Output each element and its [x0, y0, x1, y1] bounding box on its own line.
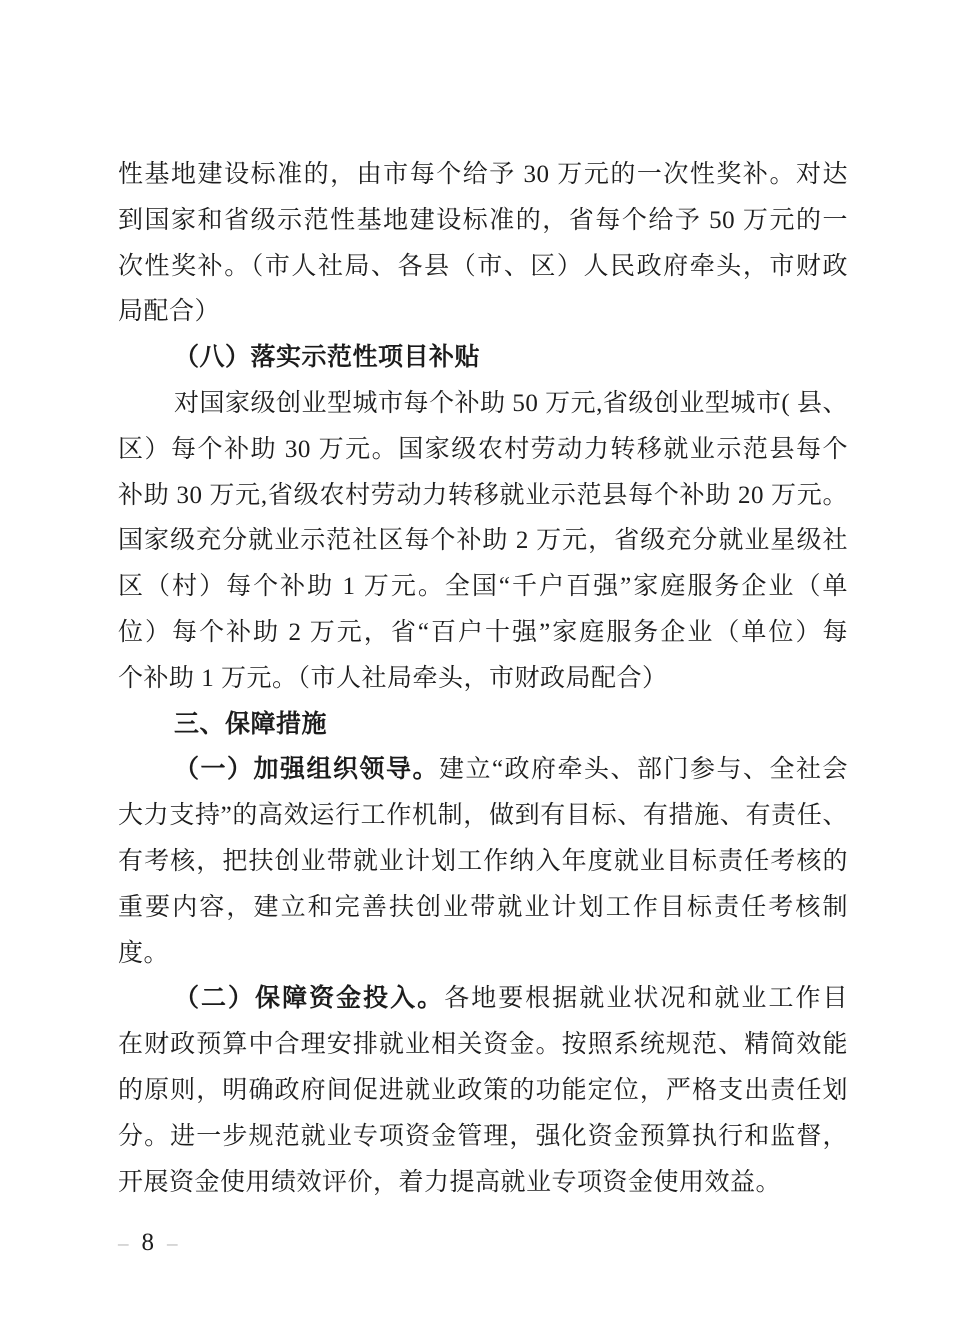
- text-line: 的原则，明确政府间促进就业政策的功能定位，严格支出责任划: [118, 1068, 848, 1114]
- body-text-segment: 到国家和省级示范性基地建设标准的，省每个给予 50 万元的一: [118, 207, 848, 234]
- page-number-value: 8: [142, 1228, 155, 1258]
- text-line: 大力支持”的高效运行工作机制，做到有目标、有措施、有责任、: [118, 793, 848, 839]
- bold-text-segment: （一）加强组织领导。: [174, 756, 439, 783]
- body-text-segment: 补助 30 万元,省级农村劳动力转移就业示范县每个补助 20 万元。: [118, 482, 848, 509]
- text-line: 区）每个补助 30 万元。国家级农村劳动力转移就业示范县每个: [118, 427, 848, 473]
- text-line: 度。: [118, 931, 848, 977]
- text-line: 位）每个补助 2 万元，省“百户十强”家庭服务企业（单位）每: [118, 610, 848, 656]
- text-line: 到国家和省级示范性基地建设标准的，省每个给予 50 万元的一: [118, 198, 848, 244]
- text-line: 开展资金使用绩效评价，着力提高就业专项资金使用效益。: [118, 1160, 848, 1206]
- body-text-segment: 个补助 1 万元。（市人社局牵头，市财政局配合）: [118, 665, 668, 692]
- body-text-segment: 区）每个补助 30 万元。国家级农村劳动力转移就业示范县每个: [118, 436, 848, 463]
- bold-text-segment: （八）落实示范性项目补贴: [174, 344, 480, 371]
- body-text-segment: 大力支持”的高效运行工作机制，做到有目标、有措施、有责任、: [118, 802, 848, 829]
- text-line: 国家级充分就业示范社区每个补助 2 万元，省级充分就业星级社: [118, 518, 848, 564]
- body-text-segment: 的原则，明确政府间促进就业政策的功能定位，严格支出责任划: [118, 1077, 848, 1104]
- page-number: – 8 –: [118, 1228, 178, 1258]
- heading-line: （八）落实示范性项目补贴: [118, 335, 848, 381]
- text-line: 重要内容，建立和完善扶创业带就业计划工作目标责任考核制: [118, 885, 848, 931]
- text-line: 在财政预算中合理安排就业相关资金。按照系统规范、精简效能: [118, 1022, 848, 1068]
- body-text-segment: 对国家级创业型城市每个补助 50 万元,省级创业型城市( 县、: [174, 390, 848, 417]
- body-text-segment: 分。进一步规范就业专项资金管理，强化资金预算执行和监督，: [118, 1123, 848, 1150]
- text-line: 局配合）: [118, 289, 848, 335]
- body-text-segment: 有考核，把扶创业带就业计划工作纳入年度就业目标责任考核的: [118, 848, 848, 875]
- page-number-dash-left: –: [118, 1228, 129, 1258]
- body-text-segment: 区（村）每个补助 1 万元。全国“千户百强”家庭服务企业（单: [118, 573, 848, 600]
- body-text-segment: 局配合）: [118, 298, 220, 325]
- text-column: 性基地建设标准的，由市每个给予 30 万元的一次性奖补。对达到国家和省级示范性基…: [118, 152, 848, 1205]
- text-line: 次性奖补。（市人社局、各县（市、区）人民政府牵头，市财政: [118, 244, 848, 290]
- body-text-segment: 重要内容，建立和完善扶创业带就业计划工作目标责任考核制: [118, 894, 848, 921]
- text-line: 分。进一步规范就业专项资金管理，强化资金预算执行和监督，: [118, 1114, 848, 1160]
- bold-text-segment: 三、保障措施: [174, 711, 327, 738]
- text-line: 区（村）每个补助 1 万元。全国“千户百强”家庭服务企业（单: [118, 564, 848, 610]
- text-line: （一）加强组织领导。建立“政府牵头、部门参与、全社会: [118, 747, 848, 793]
- text-line: 补助 30 万元,省级农村劳动力转移就业示范县每个补助 20 万元。: [118, 473, 848, 519]
- text-line: 对国家级创业型城市每个补助 50 万元,省级创业型城市( 县、: [118, 381, 848, 427]
- text-line: 性基地建设标准的，由市每个给予 30 万元的一次性奖补。对达: [118, 152, 848, 198]
- page-number-dash-right: –: [167, 1228, 178, 1258]
- text-line: 个补助 1 万元。（市人社局牵头，市财政局配合）: [118, 656, 848, 702]
- text-line: 有考核，把扶创业带就业计划工作纳入年度就业目标责任考核的: [118, 839, 848, 885]
- body-text-segment: 在财政预算中合理安排就业相关资金。按照系统规范、精简效能: [118, 1031, 848, 1058]
- document-page: 性基地建设标准的，由市每个给予 30 万元的一次性奖补。对达到国家和省级示范性基…: [0, 0, 966, 1328]
- body-text-segment: 建立“政府牵头、部门参与、全社会: [439, 756, 848, 783]
- body-text-segment: 性基地建设标准的，由市每个给予 30 万元的一次性奖补。对达: [118, 161, 848, 188]
- body-text-segment: 位）每个补助 2 万元，省“百户十强”家庭服务企业（单位）每: [118, 619, 848, 646]
- body-text-segment: 国家级充分就业示范社区每个补助 2 万元，省级充分就业星级社: [118, 527, 848, 554]
- body-text-segment: 度。: [118, 940, 169, 967]
- heading-line: 三、保障措施: [118, 702, 848, 748]
- bold-text-segment: （二）保障资金投入。: [174, 985, 444, 1012]
- body-text-segment: 开展资金使用绩效评价，着力提高就业专项资金使用效益。: [118, 1169, 781, 1196]
- body-text-segment: 次性奖补。（市人社局、各县（市、区）人民政府牵头，市财政: [118, 253, 848, 280]
- text-line: （二）保障资金投入。各地要根据就业状况和就业工作目标，: [118, 976, 848, 1022]
